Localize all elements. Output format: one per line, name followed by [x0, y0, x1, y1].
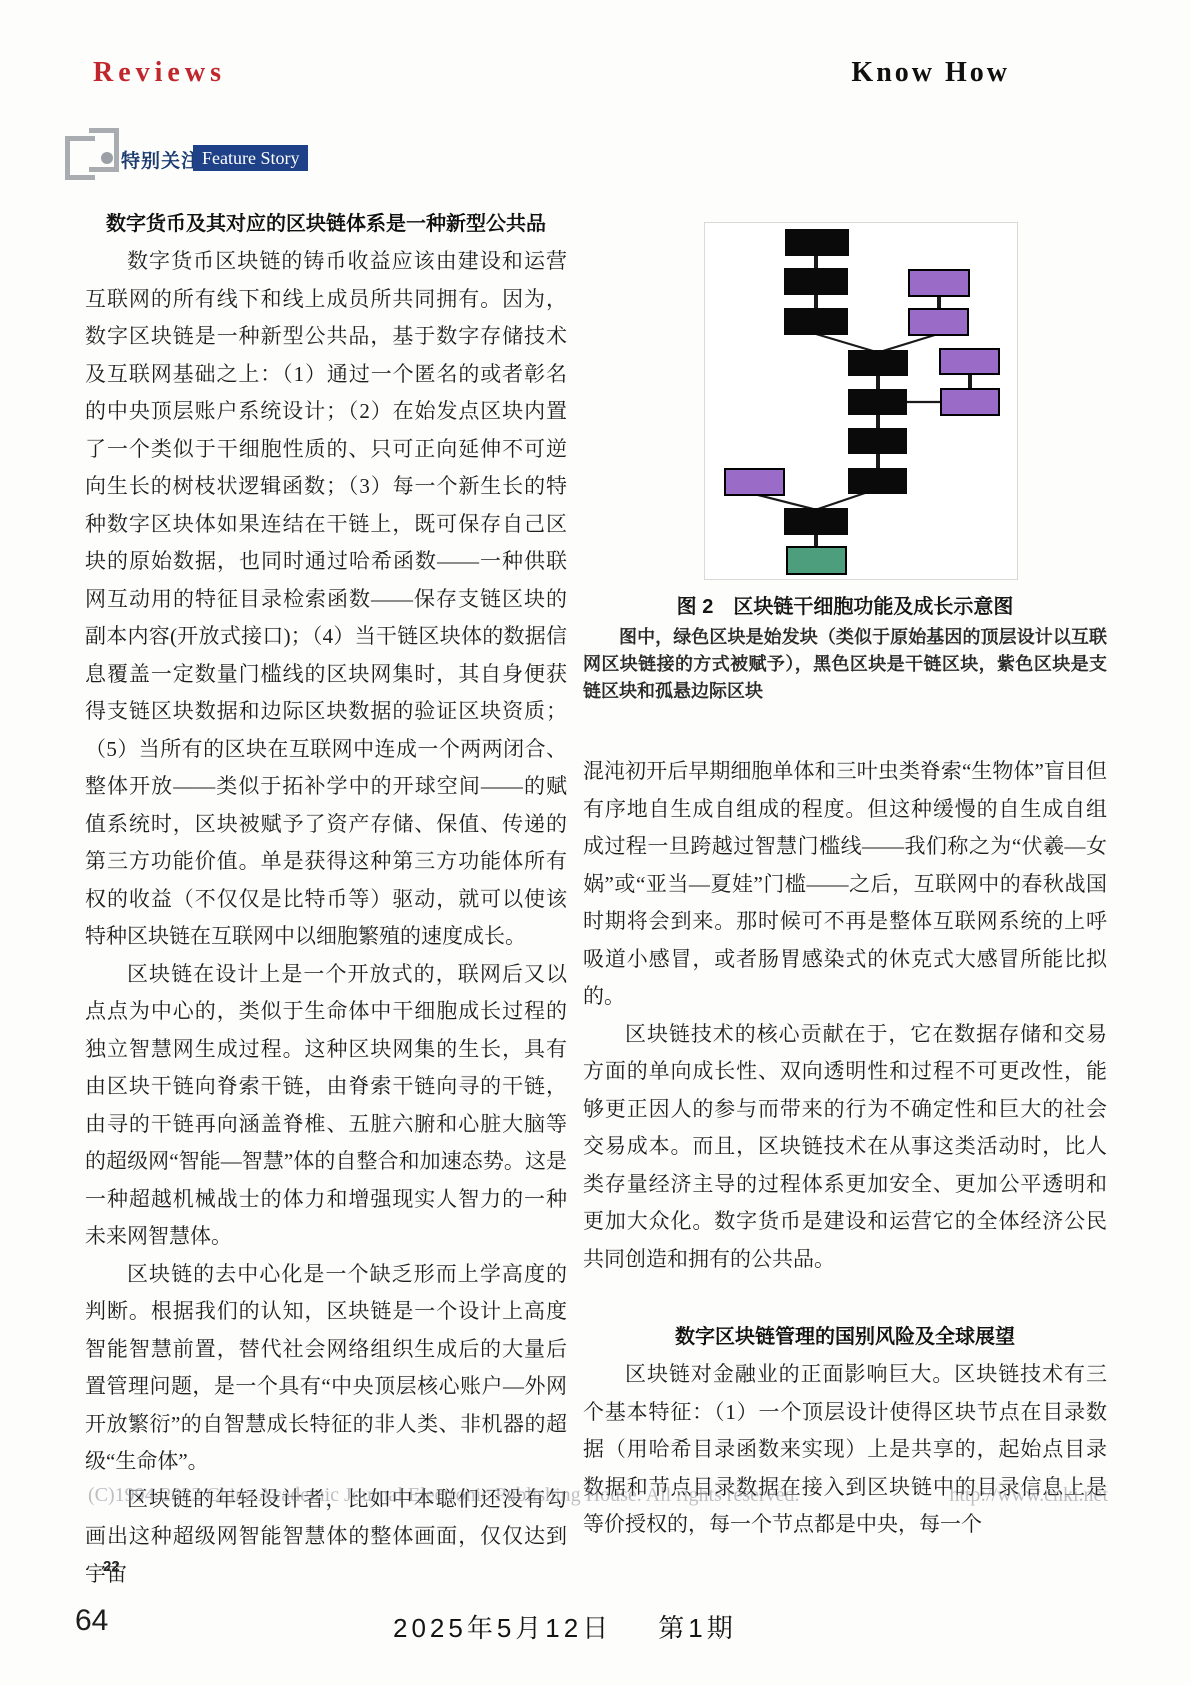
footer-issue-info: 2025年5月12日 第1期 — [393, 1608, 737, 1645]
right-text-column: 图 2 区块链干细胞功能及成长示意图 图中，绿色区块是始发块（类似于原始基因的顶… — [583, 205, 1107, 1544]
footer-issue: 第1期 — [658, 1608, 736, 1645]
trunk-block — [785, 229, 849, 256]
branch-block — [940, 349, 999, 374]
branch-block — [909, 309, 968, 335]
genesis-block — [787, 547, 846, 574]
header-reviews-label: Reviews — [93, 57, 226, 89]
bracket-right-icon — [89, 128, 119, 172]
branch-block — [909, 270, 969, 296]
paragraph: 数字货币区块链的铸币收益应该由建设和运营互联网的所有线下和线上成员所共同拥有。因… — [85, 243, 567, 956]
header-knowhow-label: Know How — [851, 57, 1010, 89]
trunk-block — [848, 350, 908, 376]
footer-page-number: 64 — [75, 1604, 108, 1638]
blockchain-stemcell-diagram — [705, 223, 1019, 581]
connector-line — [883, 334, 938, 351]
trunk-block — [848, 468, 907, 494]
figure-description: 图中，绿色区块是始发块（类似于原始基因的顶层设计以互联网区块链接的方式被赋予），… — [583, 624, 1107, 705]
paragraph: 区块链在设计上是一个开放式的，联网后又以点点为中心的，类似于生命体中干细胞成长过… — [85, 956, 567, 1256]
paragraph: 区块链的去中心化是一个缺乏形而上学高度的判断。根据我们的认知，区块链是一个设计上… — [85, 1256, 567, 1481]
branch-block — [941, 389, 999, 415]
feature-badge-en-label: Feature Story — [193, 145, 308, 171]
trunk-block — [784, 308, 848, 335]
journal-page: Reviews Know How 特别关注 Feature Story 数字货币… — [0, 0, 1191, 1685]
trunk-block — [848, 428, 907, 454]
figure-panel — [704, 222, 1018, 580]
branch-block — [725, 469, 784, 495]
section-heading-left: 数字货币及其对应的区块链体系是一种新型公共品 — [85, 205, 567, 243]
paragraph: 混沌初开后早期细胞单体和三叶虫类脊索“生物体”盲目但有序地自生成自组成的程度。但… — [583, 753, 1107, 1016]
figure-caption: 图 2 区块链干细胞功能及成长示意图 — [583, 594, 1107, 620]
connector-line — [816, 334, 873, 351]
trunk-block — [784, 508, 848, 535]
paragraph: 区块链技术的核心贡献在于，它在数据存储和交易方面的单向成长性、双向透明性和过程不… — [583, 1016, 1107, 1279]
feature-badge-cn-label: 特别关注 — [121, 146, 201, 173]
dot-icon — [101, 152, 113, 164]
article-page-number: 22 — [103, 1558, 120, 1575]
paragraph: 区块链对金融业的正面影响巨大。区块链技术有三个基本特征：（1）一个顶层设计使得区… — [583, 1356, 1107, 1544]
connector-line — [818, 493, 865, 509]
left-text-column: 数字货币及其对应的区块链体系是一种新型公共品 数字货币区块链的铸币收益应该由建设… — [85, 205, 567, 1593]
trunk-block — [784, 268, 848, 295]
connector-line — [754, 494, 813, 509]
footer-date: 2025年5月12日 — [393, 1608, 612, 1645]
paragraph: 区块链的年轻设计者，比如中本聪们还没有勾画出这种超级网智能智慧体的整体画面，仅仅… — [85, 1481, 567, 1594]
trunk-block — [848, 389, 907, 415]
section-heading-right: 数字区块链管理的国别风险及全球展望 — [583, 1318, 1107, 1356]
